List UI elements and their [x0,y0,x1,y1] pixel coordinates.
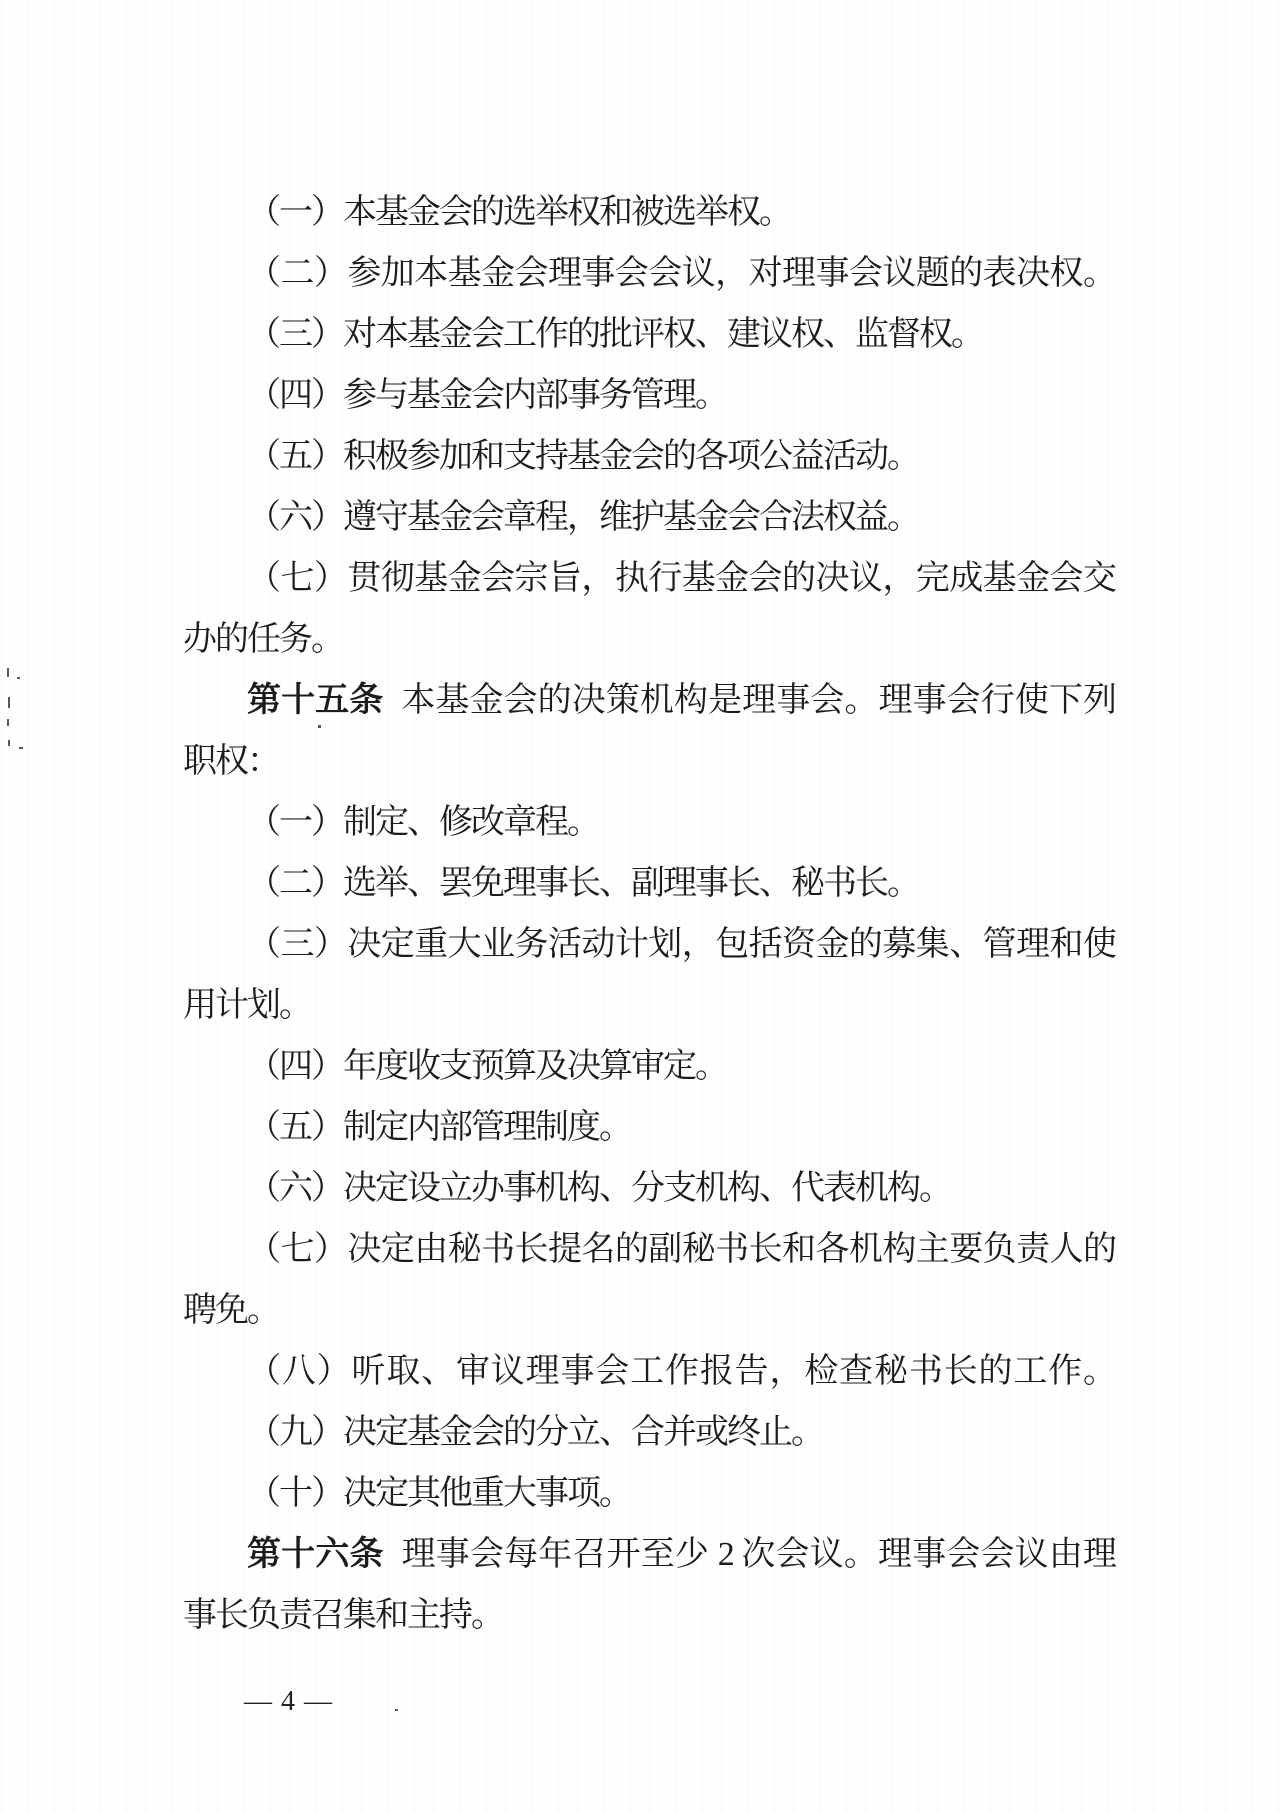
text-line: （三）决定重大业务活动计划，包括资金的募集、管理和使 [183,914,1115,975]
scan-speck [7,719,9,726]
line-text: 办的任务。 [183,621,343,658]
text-line: （五）积极参加和支持基金会的各项公益活动。 [183,426,1115,487]
text-line: 第十五条本基金会的决策机构是理事会。理事会行使下列 [183,670,1115,731]
line-text: （十）决定其他重大事项。 [247,1475,631,1512]
line-text: （四）参与基金会内部事务管理。 [247,377,727,414]
line-text: （九）决定基金会的分立、合并或终止。 [247,1414,823,1451]
page-number: — 4 — [244,1684,333,1720]
line-text: 聘免。 [183,1292,279,1329]
line-text: 职权： [183,743,279,780]
scan-speck [8,740,10,746]
text-line: （七）贯彻基金会宗旨，执行基金会的决议，完成基金会交 [183,548,1115,609]
text-line: （三）对本基金会工作的批评权、建议权、监督权。 [183,304,1115,365]
text-line: （一）制定、修改章程。 [183,792,1115,853]
line-text: （七）决定由秘书长提名的副秘书长和各机构主要负责人的 [247,1231,1115,1268]
scan-speck [17,677,20,679]
scan-speck [7,668,9,677]
line-text: （四）年度收支预算及决算审定。 [247,1048,727,1085]
text-line: （五）制定内部管理制度。 [183,1097,1115,1158]
text-line: 聘免。 [183,1280,1115,1341]
scan-speck [395,1709,398,1711]
line-text: 用计划。 [183,987,311,1024]
text-line: 用计划。 [183,975,1115,1036]
line-text: （五）积极参加和支持基金会的各项公益活动。 [247,438,919,475]
text-line: 职权： [183,731,1115,792]
text-line: （四）年度收支预算及决算审定。 [183,1036,1115,1097]
text-line: （六）遵守基金会章程，维护基金会合法权益。 [183,487,1115,548]
text-line: （六）决定设立办事机构、分支机构、代表机构。 [183,1158,1115,1219]
text-line: 办的任务。 [183,609,1115,670]
line-text: 事长负责召集和主持。 [183,1597,503,1634]
line-text: （六）遵守基金会章程，维护基金会合法权益。 [247,499,919,536]
scan-speck [19,747,23,749]
line-text: 理事会每年召开至少 2 次会议。理事会会议由理 [402,1536,1115,1573]
text-line: （四）参与基金会内部事务管理。 [183,365,1115,426]
line-text: （五）制定内部管理制度。 [247,1109,631,1146]
text-line: （十）决定其他重大事项。 [183,1463,1115,1524]
text-line: （二）选举、罢免理事长、副理事长、秘书长。 [183,853,1115,914]
scan-speck [8,697,10,708]
line-text: 本基金会的决策机构是理事会。理事会行使下列 [401,682,1115,719]
text-line: 第十六条理事会每年召开至少 2 次会议。理事会会议由理 [183,1524,1115,1585]
line-text: （二）参加本基金会理事会会议，对理事会议题的表决权。 [247,255,1115,292]
text-line: （一）本基金会的选举权和被选举权。 [183,182,1115,243]
text-line: 事长负责召集和主持。 [183,1585,1115,1646]
charter-text-block: （一）本基金会的选举权和被选举权。 （二）参加本基金会理事会会议，对理事会议题的… [183,182,1115,1646]
text-line: （九）决定基金会的分立、合并或终止。 [183,1402,1115,1463]
line-text: （六）决定设立办事机构、分支机构、代表机构。 [247,1170,951,1207]
text-line: （七）决定由秘书长提名的副秘书长和各机构主要负责人的 [183,1219,1115,1280]
text-line: （八）听取、审议理事会工作报告，检查秘书长的工作。 [183,1341,1115,1402]
document-page: （一）本基金会的选举权和被选举权。 （二）参加本基金会理事会会议，对理事会议题的… [0,0,1280,1811]
article-heading: 第十六条 [247,1536,384,1573]
text-line: （二）参加本基金会理事会会议，对理事会议题的表决权。 [183,243,1115,304]
line-text: （一）本基金会的选举权和被选举权。 [247,194,791,231]
article-heading: 第十五条 [247,682,383,719]
line-text: （七）贯彻基金会宗旨，执行基金会的决议，完成基金会交 [247,560,1115,597]
line-text: （三）对本基金会工作的批评权、建议权、监督权。 [247,316,983,353]
line-text: （八）听取、审议理事会工作报告，检查秘书长的工作。 [247,1353,1115,1390]
line-text: （一）制定、修改章程。 [247,804,599,841]
line-text: （二）选举、罢免理事长、副理事长、秘书长。 [247,865,919,902]
line-text: （三）决定重大业务活动计划，包括资金的募集、管理和使 [247,926,1115,963]
